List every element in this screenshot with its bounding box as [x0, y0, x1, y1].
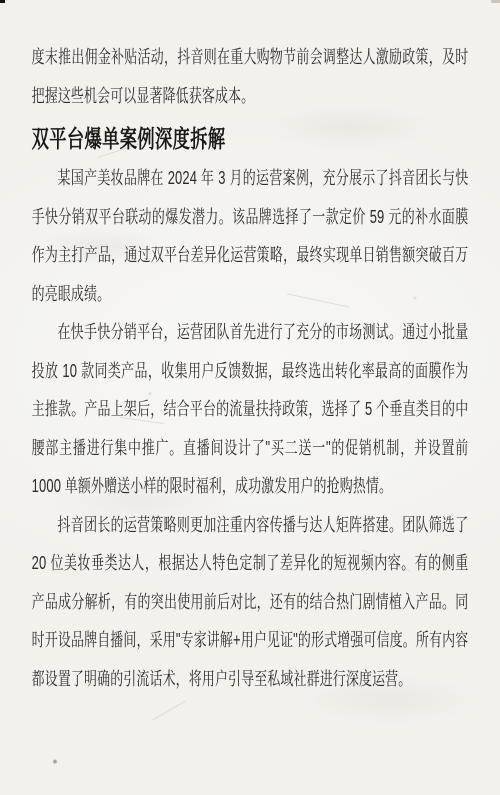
paragraph-douyin-strategy: 抖音团长的运营策略则更加注重内容传播与达人矩阵搭建。团队筛选了 20 位美妆垂类…	[32, 506, 469, 699]
paragraph-kuaishou-strategy: 在快手快分销平台，运营团队首先进行了充分的市场测试。通过小批量投放 10 款同类…	[32, 313, 469, 506]
paragraph-case-overview: 某国产美妆品牌在 2024 年 3 月的运营案例，充分展示了抖音团长与快手快分销…	[32, 159, 469, 313]
article-content: 度末推出佣金补贴活动，抖音则在重大购物节前会调整达人激励政策，及时把握这些机会可…	[0, 0, 500, 698]
paragraph-continuation: 度末推出佣金补贴活动，抖音则在重大购物节前会调整达人激励政策，及时把握这些机会可…	[32, 38, 469, 115]
document-page: 度末推出佣金补贴活动，抖音则在重大购物节前会调整达人激励政策，及时把握这些机会可…	[0, 0, 500, 795]
text-column: 度末推出佣金补贴活动，抖音则在重大购物节前会调整达人激励政策，及时把握这些机会可…	[0, 0, 500, 795]
section-heading: 双平台爆单案例深度拆解	[32, 125, 469, 155]
